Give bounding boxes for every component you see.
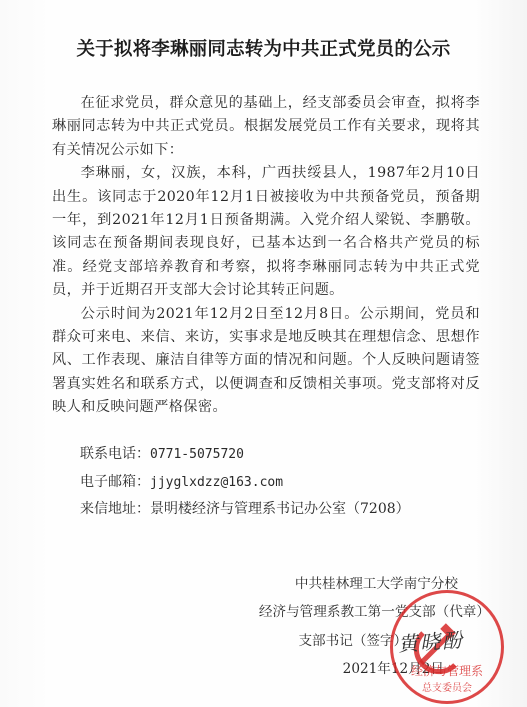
handwritten-signature: 黄晓酚 xyxy=(397,624,465,658)
document-page: 关于拟将李琳丽同志转为中共正式党员的公示 在征求党员，群众意见的基础上，经支部委… xyxy=(0,0,527,707)
contact-address-row: 来信地址：景明楼经济与管理系书记办公室（7208） xyxy=(80,496,410,523)
svg-text:经济与管理系: 经济与管理系 xyxy=(411,663,483,678)
address-label: 来信地址： xyxy=(80,501,150,517)
phone-label: 联系电话： xyxy=(80,446,150,462)
svg-text:总支委员会: 总支委员会 xyxy=(422,681,472,694)
email-label: 电子邮箱： xyxy=(80,474,150,490)
phone-value: 0771-5075720 xyxy=(150,447,244,462)
email-value: jjyglxdzz@163.com xyxy=(150,475,283,490)
address-value: 景明楼经济与管理系书记办公室（7208） xyxy=(150,501,410,517)
document-body: 在征求党员，群众意见的基础上，经支部委员会审查，拟将李琳丽同志转为中共正式党员。… xyxy=(52,92,480,420)
document-title: 关于拟将李琳丽同志转为中共正式党员的公示 xyxy=(0,35,527,61)
paragraph-publicity-period: 公示时间为2021年12月2日至12月8日。公示期间，党员和群众可来电、来信、来… xyxy=(52,303,480,420)
paragraph-intro: 在征求党员，群众意见的基础上，经支部委员会审查，拟将李琳丽同志转为中共正式党员。… xyxy=(52,92,480,162)
contact-phone-row: 联系电话：0771-5075720 xyxy=(80,441,410,469)
paragraph-candidate-info: 李琳丽，女，汉族，本科，广西扶绥县人，1987年2月10日出生。该同志于2020… xyxy=(52,162,480,302)
contact-email-row: 电子邮箱：jjyglxdzz@163.com xyxy=(80,469,410,497)
contact-info: 联系电话：0771-5075720 电子邮箱：jjyglxdzz@163.com… xyxy=(80,441,410,523)
